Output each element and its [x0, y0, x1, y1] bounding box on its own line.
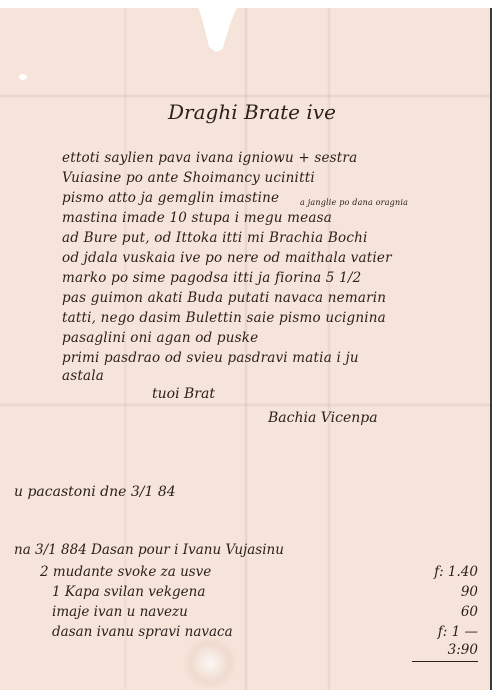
body-line: marko po sime pagodsa itti ja fiorina 5 …	[62, 270, 361, 286]
salutation: Draghi Brate ive	[168, 100, 336, 124]
total-rule	[412, 661, 478, 662]
date-line: u pacastoni dne 3/1 84	[14, 484, 176, 500]
body-line: od jdala vuskaia ive po nere od maithala…	[62, 250, 392, 266]
account-row-desc: 2 mudante svoke za usve	[40, 564, 211, 580]
account-row-amount: f: 1 —	[400, 624, 478, 640]
seal-stain	[180, 638, 240, 688]
body-line: ad Bure put, od Ittoka itti mi Brachia B…	[62, 230, 368, 246]
account-row-desc: imaje ivan u navezu	[52, 604, 188, 620]
account-row-amount: f: 1.40	[400, 564, 478, 580]
letter-paper: Draghi Brate ive ettoti saylien pava iva…	[0, 8, 492, 690]
body-line: Vuiasine po ante Shoimancy ucinitti	[62, 170, 315, 186]
account-row-desc: dasan ivanu spravi navaca	[52, 624, 233, 640]
closing: tuoi Brat	[152, 386, 215, 402]
account-row-amount: 60	[400, 604, 478, 620]
body-line: tatti, nego dasim Bulettin saie pismo uc…	[62, 310, 386, 326]
body-line: ettoti saylien pava ivana igniowu + sest…	[62, 150, 357, 166]
paper-hole	[19, 74, 27, 80]
body-line: astala	[62, 368, 104, 384]
body-line: mastina imade 10 stupa i megu measa	[62, 210, 332, 226]
account-total: 3:90	[400, 642, 478, 658]
account-row-desc: 1 Kapa svilan vekgena	[52, 584, 205, 600]
body-line: primi pasdrao od svieu pasdravi matia i …	[62, 350, 359, 366]
body-line: pasaglini oni agan od puske	[62, 330, 258, 346]
account-row-amount: 90	[400, 584, 478, 600]
body-line: pas guimon akati Buda putati navaca nema…	[62, 290, 386, 306]
account-header: na 3/1 884 Dasan pour i Ivanu Vujasinu	[14, 542, 284, 558]
signature: Bachia Vicenpa	[268, 410, 378, 426]
interlinear-note: a janglie po dana oragnia	[300, 198, 408, 207]
body-line: pismo atto ja gemglin imastine	[62, 190, 279, 206]
